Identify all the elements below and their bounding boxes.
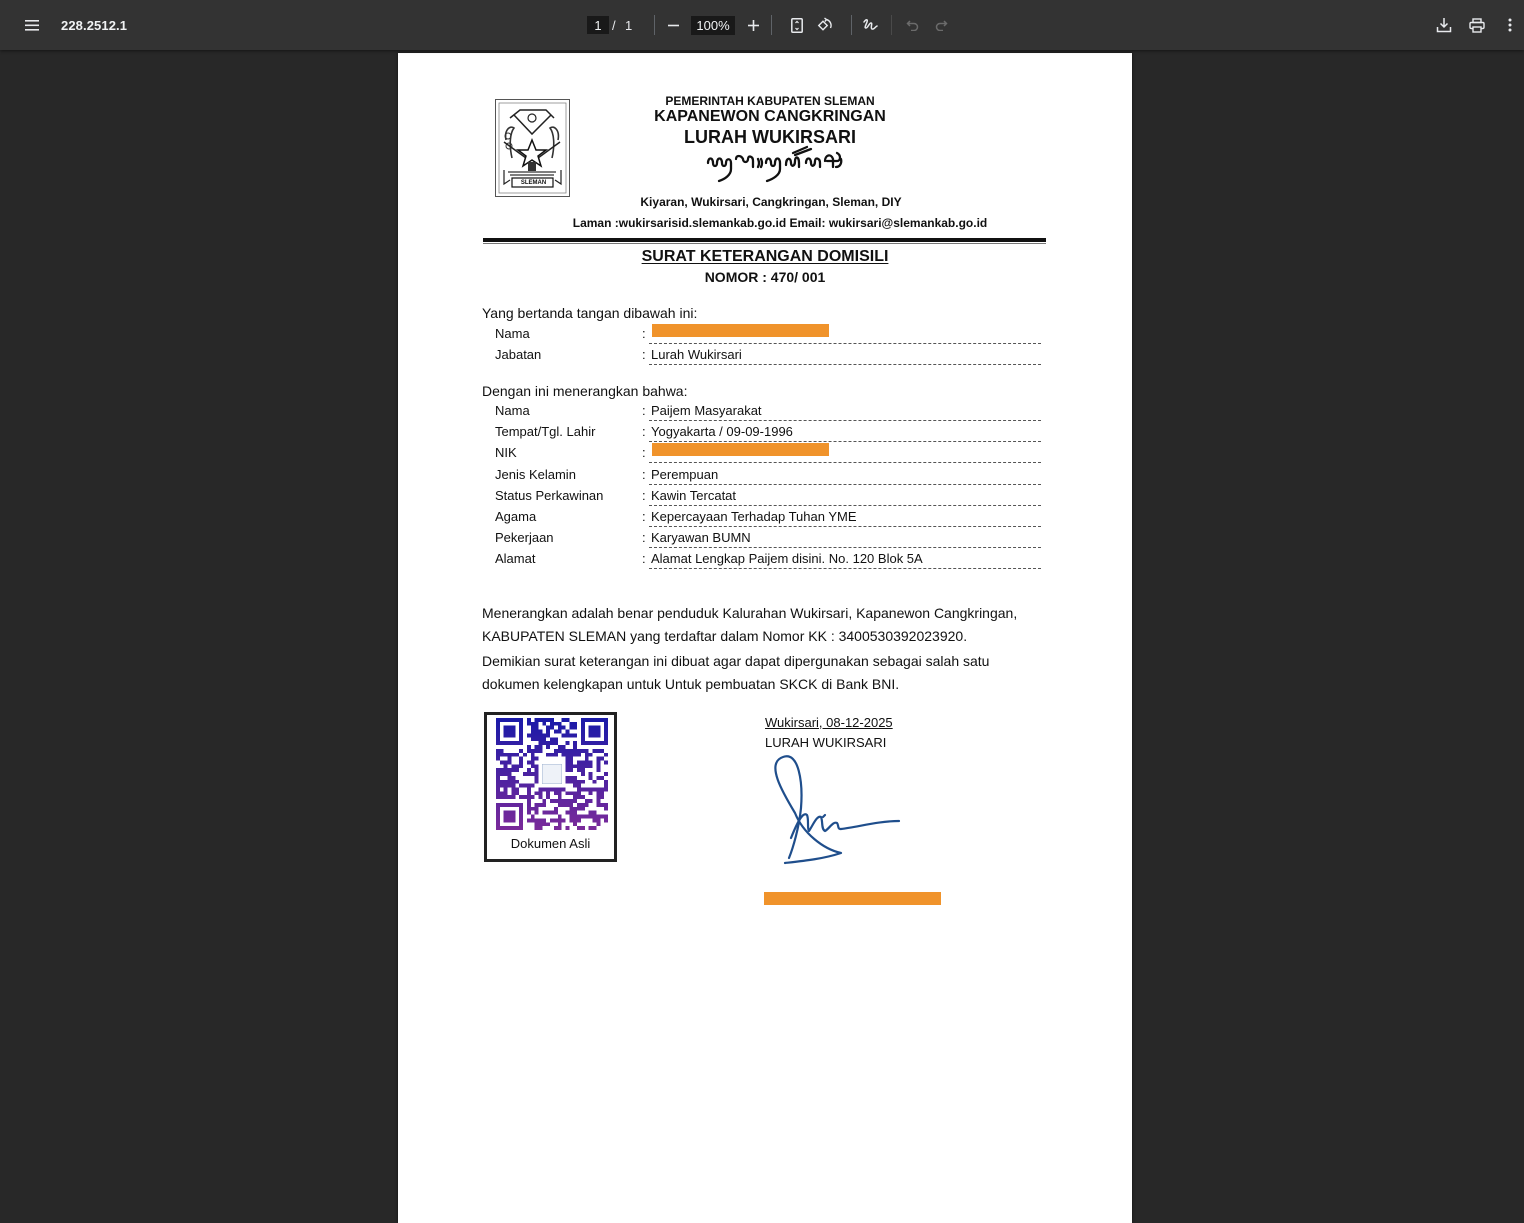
field-label: Tempat/Tgl. Lahir bbox=[495, 424, 595, 439]
page-total: 1 bbox=[625, 18, 632, 33]
dotted-underline bbox=[649, 441, 1041, 442]
rotate-button[interactable] bbox=[811, 11, 839, 39]
paragraph-line: Demikian surat keterangan ini dibuat aga… bbox=[482, 650, 1052, 673]
field-value: Yogyakarta / 09-09-1996 bbox=[651, 424, 793, 439]
field-value: Paijem Masyarakat bbox=[651, 403, 762, 418]
field-label: Nama bbox=[495, 326, 530, 341]
dotted-underline bbox=[649, 484, 1041, 485]
field-label: Alamat bbox=[495, 551, 535, 566]
field-row: NIK: bbox=[495, 443, 1041, 464]
rotate-icon bbox=[817, 17, 833, 33]
field-colon: : bbox=[642, 424, 646, 439]
minus-icon bbox=[668, 20, 679, 31]
print-icon bbox=[1469, 18, 1485, 33]
plus-icon bbox=[748, 20, 759, 31]
redacted-value bbox=[652, 324, 829, 337]
signer-intro: Yang bertanda tangan dibawah ini: bbox=[482, 305, 697, 321]
dotted-underline bbox=[649, 420, 1041, 421]
field-colon: : bbox=[642, 347, 646, 362]
redo-button[interactable] bbox=[927, 11, 955, 39]
qr-code bbox=[496, 718, 608, 830]
paragraph-line: dokumen kelengkapan untuk Untuk pembuata… bbox=[482, 673, 1052, 696]
dotted-underline bbox=[649, 505, 1041, 506]
field-row: Status Perkawinan:Kawin Tercatat bbox=[495, 486, 1041, 507]
field-value: Lurah Wukirsari bbox=[651, 347, 742, 362]
zoom-in-button[interactable] bbox=[739, 11, 767, 39]
field-value: Karyawan BUMN bbox=[651, 530, 751, 545]
letterhead-web-email: Laman :wukirsarisid.slemankab.go.id Emai… bbox=[413, 216, 1147, 230]
field-colon: : bbox=[642, 403, 646, 418]
redo-icon bbox=[935, 19, 948, 31]
hamburger-menu-icon[interactable] bbox=[18, 11, 46, 39]
sign-place-date: Wukirsari, 08-12-2025 bbox=[765, 715, 893, 730]
field-value: Perempuan bbox=[651, 467, 718, 482]
field-value: Alamat Lengkap Paijem disini. No. 120 Bl… bbox=[651, 551, 923, 566]
page-separator: / bbox=[612, 18, 616, 33]
field-row: Jabatan:Lurah Wukirsari bbox=[495, 345, 1041, 366]
more-options-button[interactable] bbox=[1496, 11, 1524, 39]
field-label: Agama bbox=[495, 509, 536, 524]
letterhead-rule-thin bbox=[483, 243, 1046, 244]
field-label: Pekerjaan bbox=[495, 530, 554, 545]
field-label: Jabatan bbox=[495, 347, 541, 362]
download-button[interactable] bbox=[1430, 11, 1458, 39]
paragraph-purpose: Demikian surat keterangan ini dibuat aga… bbox=[482, 650, 1052, 695]
field-colon: : bbox=[642, 445, 646, 460]
annotate-button[interactable] bbox=[857, 11, 885, 39]
field-row: Nama:Paijem Masyarakat bbox=[495, 401, 1041, 422]
field-row: Nama: bbox=[495, 324, 1041, 345]
paragraph-residency: Menerangkan adalah benar penduduk Kalura… bbox=[482, 602, 1052, 647]
field-value: Kepercayaan Terhadap Tuhan YME bbox=[651, 509, 857, 524]
letterhead-kapanewon: KAPANEWON CANGKRINGAN bbox=[403, 108, 1137, 126]
field-value: Kawin Tercatat bbox=[651, 488, 736, 503]
javanese-script-heading bbox=[703, 145, 848, 185]
redacted-value bbox=[652, 443, 829, 456]
field-row: Alamat:Alamat Lengkap Paijem disini. No.… bbox=[495, 549, 1041, 570]
field-colon: : bbox=[642, 551, 646, 566]
field-label: Jenis Kelamin bbox=[495, 467, 576, 482]
undo-button[interactable] bbox=[898, 11, 926, 39]
letterhead-government: PEMERINTAH KABUPATEN SLEMAN bbox=[403, 94, 1137, 108]
letterhead-address: Kiyaran, Wukirsari, Cangkringan, Sleman,… bbox=[404, 195, 1138, 209]
dotted-underline bbox=[649, 343, 1041, 344]
field-colon: : bbox=[642, 326, 646, 341]
field-label: Status Perkawinan bbox=[495, 488, 603, 503]
toolbar-divider bbox=[654, 15, 655, 35]
dotted-underline bbox=[649, 526, 1041, 527]
zoom-out-button[interactable] bbox=[659, 11, 687, 39]
field-colon: : bbox=[642, 488, 646, 503]
document-title: 228.2512.1 bbox=[61, 18, 127, 33]
letterhead-rule bbox=[483, 238, 1046, 242]
dotted-underline bbox=[649, 568, 1041, 569]
print-button[interactable] bbox=[1463, 11, 1491, 39]
field-row: Tempat/Tgl. Lahir:Yogyakarta / 09-09-199… bbox=[495, 422, 1041, 443]
fit-page-icon bbox=[791, 18, 803, 33]
annotate-pen-icon bbox=[863, 18, 879, 32]
toolbar-divider bbox=[891, 15, 892, 35]
document-title-heading: SURAT KETERANGAN DOMISILI bbox=[398, 248, 1132, 266]
more-vertical-icon bbox=[1508, 18, 1512, 32]
page-number-input[interactable]: 1 bbox=[587, 16, 609, 34]
field-row: Agama:Kepercayaan Terhadap Tuhan YME bbox=[495, 507, 1041, 528]
paragraph-line: Menerangkan adalah benar penduduk Kalura… bbox=[482, 602, 1052, 625]
logo-caption: SLEMAN bbox=[514, 180, 553, 186]
dotted-underline bbox=[649, 462, 1041, 463]
zoom-level-input[interactable]: 100% bbox=[691, 16, 735, 35]
sign-role: LURAH WUKIRSARI bbox=[765, 735, 886, 750]
toolbar-divider bbox=[851, 15, 852, 35]
handwritten-signature bbox=[763, 753, 908, 873]
field-row: Pekerjaan:Karyawan BUMN bbox=[495, 528, 1041, 549]
download-icon bbox=[1436, 17, 1452, 33]
dotted-underline bbox=[649, 364, 1041, 365]
field-row: Jenis Kelamin:Perempuan bbox=[495, 465, 1041, 486]
paragraph-line: KABUPATEN SLEMAN yang terdaftar dalam No… bbox=[482, 625, 1052, 648]
pdf-toolbar: 228.2512.1 1 / 1 100% bbox=[0, 0, 1524, 50]
toolbar-divider bbox=[771, 15, 772, 35]
field-label: Nama bbox=[495, 403, 530, 418]
subject-intro: Dengan ini menerangkan bahwa: bbox=[482, 383, 687, 399]
field-colon: : bbox=[642, 530, 646, 545]
pdf-page: SLEMAN PEMERINTAH KABUPATEN SLEMAN KAPAN… bbox=[398, 53, 1132, 1218]
undo-icon bbox=[906, 19, 919, 31]
title-text: SURAT KETERANGAN DOMISILI bbox=[642, 248, 889, 265]
field-colon: : bbox=[642, 467, 646, 482]
qr-label: Dokumen Asli bbox=[487, 836, 614, 851]
field-colon: : bbox=[642, 509, 646, 524]
field-label: NIK bbox=[495, 445, 517, 460]
qr-verification-box: Dokumen Asli bbox=[484, 712, 617, 862]
pdf-viewer[interactable]: SLEMAN PEMERINTAH KABUPATEN SLEMAN KAPAN… bbox=[0, 50, 1524, 1218]
signer-name-redacted bbox=[764, 892, 941, 905]
dotted-underline bbox=[649, 547, 1041, 548]
document-number: NOMOR : 470/ 001 bbox=[398, 269, 1132, 285]
fit-page-button[interactable] bbox=[783, 11, 811, 39]
